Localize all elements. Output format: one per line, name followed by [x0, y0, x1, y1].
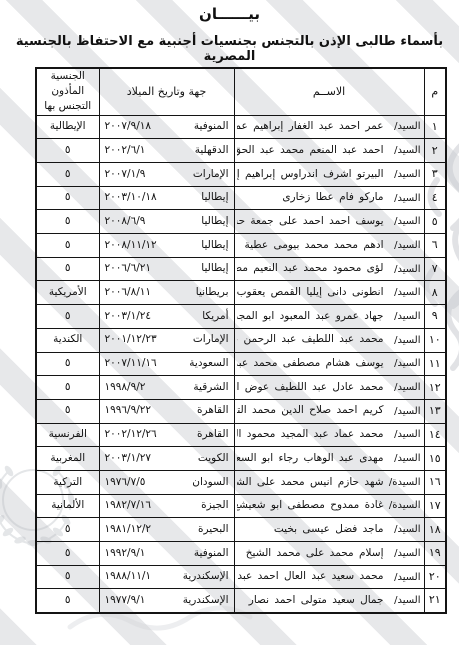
birth-place: الإسكندرية [183, 595, 229, 607]
row-serial: ٢ [424, 139, 446, 163]
row-name-cell: السيد/ محمد عادل عبد اللطيف عوض الله [234, 376, 424, 400]
person-name: أحمد عبد المنعم محمد عبد الحق محمد عنتر [237, 145, 384, 157]
row-birth-cell: إيطاليا ٢٠٠٣/١٠/١٨ [99, 186, 234, 210]
row-birth-cell: الكويت ٢٠٠٣/١/٢٧ [99, 447, 234, 471]
authorized-nationality: ٥ [36, 518, 99, 542]
authorized-nationality: الألمانية [36, 494, 99, 518]
birth-date: ٢٠٠٣/١/٢٧ [105, 453, 152, 465]
honorific-prefix: السيدة/ [388, 477, 421, 488]
birth-place: الكويت [198, 453, 229, 465]
table-row: ٧ السيد/ لؤى محمود محمد عبد النعيم مطلوب… [36, 257, 446, 281]
birth-date: ٢٠٠١/١٢/٢٣ [105, 334, 157, 346]
row-serial: ٢٠ [424, 565, 446, 589]
authorized-nationality: ٥ [36, 305, 99, 329]
table-row: ٥ السيد/ يوسف أحمد أحمد على جمعة حسين إي… [36, 210, 446, 234]
header-serial: م [424, 68, 446, 115]
table-row: ٤ السيد/ ماركو فام عطا زخارى إيطاليا ٢٠٠… [36, 186, 446, 210]
birth-place: بريطانيا [196, 287, 229, 299]
person-name: البيرتو أشرف أندراوس إبراهيم إبراهيم [237, 169, 384, 181]
birth-date: ١٩٧٦/٧/٥ [105, 477, 146, 489]
birth-place: إيطاليا [201, 263, 228, 275]
honorific-prefix: السيد/ [388, 453, 421, 464]
row-name-cell: السيد/ أحمد عبد المنعم محمد عبد الحق محم… [234, 139, 424, 163]
birth-place: المنوفية [194, 121, 229, 133]
authorized-nationality: ٥ [36, 376, 99, 400]
row-birth-cell: الجيزة ١٩٨٢/٧/١٦ [99, 494, 234, 518]
birth-place: البحيرة [198, 524, 229, 536]
table-row: ١١ السيد/ يوسف هشام مصطفى محمد عبد المجي… [36, 352, 446, 376]
authorized-nationality: الكندية [36, 328, 99, 352]
row-name-cell: السيد/ ماركو فام عطا زخارى [234, 186, 424, 210]
header-nationality: الجنسية المأذون التجنس بها [36, 68, 99, 115]
row-name-cell: السيد/ إسلام محمد على محمد الشيخ [234, 542, 424, 566]
row-serial: ١٧ [424, 494, 446, 518]
row-serial: ١ [424, 115, 446, 139]
authorized-nationality: الفرنسية [36, 423, 99, 447]
person-name: شهد حازم أنيس محمد على الشامى [237, 477, 384, 489]
authorized-nationality: ٥ [36, 210, 99, 234]
birth-date: ٢٠٠٣/١/٢٤ [105, 311, 152, 323]
row-birth-cell: الدقهلية ٢٠٠٢/٦/١ [99, 139, 234, 163]
document-subtitle: بأسماء طالبى الإذن بالتجنس بجنسيات أجنبي… [0, 34, 459, 64]
row-serial: ١٥ [424, 447, 446, 471]
row-birth-cell: أمريكا ٢٠٠٣/١/٢٤ [99, 305, 234, 329]
person-name: ماركو فام عطا زخارى [237, 192, 384, 204]
authorized-nationality: ٥ [36, 257, 99, 281]
row-serial: ١٦ [424, 470, 446, 494]
header-birth: جهة وتاريخ الميلاد [99, 68, 234, 115]
person-name: مهدى عبد الوهاب رجاء أبو السعود [237, 453, 384, 465]
person-name: أنطونى دانى إيليا القمص يعقوب [237, 287, 384, 299]
person-name: محمد سعيد عبد العال أحمد عبد ربه [237, 571, 384, 583]
person-name: يوسف أحمد أحمد على جمعة حسين [237, 216, 384, 228]
table-header-row: م الاســم جهة وتاريخ الميلاد الجنسية الم… [36, 68, 446, 115]
row-name-cell: السيد/ يوسف هشام مصطفى محمد عبد المجيد [234, 352, 424, 376]
table-row: ١٩ السيد/ إسلام محمد على محمد الشيخ المن… [36, 542, 446, 566]
birth-place: الشرقية [193, 382, 228, 394]
honorific-prefix: السيد/ [388, 429, 421, 440]
table-row: ١٠ السيد/ محمد عبد اللطيف عبد الرحمن عبد… [36, 328, 446, 352]
table-row: ٨ السيد/ أنطونى دانى إيليا القمص يعقوب ب… [36, 281, 446, 305]
birth-date: ١٩٨٨/١١/١ [105, 571, 152, 583]
row-serial: ٤ [424, 186, 446, 210]
birth-date: ٢٠٠٧/١/٩ [105, 169, 146, 181]
row-name-cell: السيد/ أنطونى دانى إيليا القمص يعقوب [234, 281, 424, 305]
birth-place: إيطاليا [201, 240, 228, 252]
row-name-cell: السيدة/ غادة ممدوح مصطفى أبو شعيشع [234, 494, 424, 518]
row-birth-cell: بريطانيا ٢٠٠٦/٨/١١ [99, 281, 234, 305]
birth-date: ٢٠٠٣/١٠/١٨ [105, 192, 157, 204]
person-name: محمد عادل عبد اللطيف عوض الله [237, 382, 384, 394]
row-serial: ٩ [424, 305, 446, 329]
birth-place: إيطاليا [201, 216, 228, 228]
table-row: ١٥ السيد/ مهدى عبد الوهاب رجاء أبو السعو… [36, 447, 446, 471]
row-serial: ٦ [424, 234, 446, 258]
row-serial: ٥ [424, 210, 446, 234]
authorized-nationality: ٥ [36, 352, 99, 376]
birth-place: إيطاليا [201, 192, 228, 204]
authorized-nationality: ٥ [36, 542, 99, 566]
authorized-nationality: ٥ [36, 163, 99, 187]
table-row: ٢ السيد/ أحمد عبد المنعم محمد عبد الحق م… [36, 139, 446, 163]
row-name-cell: السيد/ محمد سعيد عبد العال أحمد عبد ربه [234, 565, 424, 589]
birth-place: السعودية [189, 358, 228, 370]
row-birth-cell: إيطاليا ٢٠٠٨/٦/٩ [99, 210, 234, 234]
row-birth-cell: إيطاليا ٢٠٠٨/١١/١٢ [99, 234, 234, 258]
authorized-nationality: الإيطالية [36, 115, 99, 139]
authorized-nationality: الأمريكية [36, 281, 99, 305]
person-name: إسلام محمد على محمد الشيخ [237, 548, 384, 560]
authorized-nationality: ٥ [36, 399, 99, 423]
birth-date: ٢٠٠٨/١١/١٢ [105, 240, 157, 252]
row-birth-cell: الإسكندرية ١٩٨٨/١١/١ [99, 565, 234, 589]
person-name: لؤى محمود محمد عبد النعيم مطلوب [237, 263, 384, 275]
birth-date: ٢٠٠٧/٩/١٨ [105, 121, 152, 133]
birth-date: ٢٠٠٢/١٢/٢٦ [105, 429, 157, 441]
row-birth-cell: الشرقية ١٩٩٨/٩/٢ [99, 376, 234, 400]
row-birth-cell: السودان ١٩٧٦/٧/٥ [99, 470, 234, 494]
header-nationality-line1: الجنسية المأذون [37, 69, 99, 99]
honorific-prefix: السيد/ [388, 595, 421, 606]
honorific-prefix: السيد/ [388, 548, 421, 559]
birth-place: أمريكا [202, 311, 228, 323]
table-row: ١٢ السيد/ محمد عادل عبد اللطيف عوض الله … [36, 376, 446, 400]
row-name-cell: السيد/ لؤى محمود محمد عبد النعيم مطلوب [234, 257, 424, 281]
birth-place: الإمارات [193, 169, 229, 181]
birth-place: الجيزة [201, 500, 228, 512]
honorific-prefix: السيد/ [388, 264, 421, 275]
row-serial: ٣ [424, 163, 446, 187]
person-name: أدهم محمد محمد بيومى عطية [237, 240, 384, 252]
person-name: جهاد عمرو عبد المعبود أبو المجد [237, 311, 384, 323]
honorific-prefix: السيد/ [388, 216, 421, 227]
authorized-nationality: ٥ [36, 186, 99, 210]
table-row: ٢٠ السيد/ محمد سعيد عبد العال أحمد عبد ر… [36, 565, 446, 589]
row-name-cell: السيد/ البيرتو أشرف أندراوس إبراهيم إبرا… [234, 163, 424, 187]
row-birth-cell: القاهرة ٢٠٠٢/١٢/٢٦ [99, 423, 234, 447]
birth-date: ٢٠٠٦/٨/١١ [105, 287, 152, 299]
birth-date: ١٩٨٢/٧/١٦ [105, 500, 152, 512]
birth-date: ٢٠٠٦/٦/٢١ [105, 263, 152, 275]
honorific-prefix: السيد/ [388, 121, 421, 132]
table-row: ٩ السيد/ جهاد عمرو عبد المعبود أبو المجد… [36, 305, 446, 329]
row-name-cell: السيد/ ماجد فضل عيسى بخيت [234, 518, 424, 542]
honorific-prefix: السيد/ [388, 240, 421, 251]
row-birth-cell: المنوفية ٢٠٠٧/٩/١٨ [99, 115, 234, 139]
person-name: محمد عبد اللطيف عبد الرحمن عبد الغنى سال… [237, 334, 384, 346]
row-serial: ٨ [424, 281, 446, 305]
honorific-prefix: السيد/ [388, 358, 421, 369]
row-serial: ١٣ [424, 399, 446, 423]
row-birth-cell: البحيرة ١٩٨١/١٢/٢ [99, 518, 234, 542]
person-name: يوسف هشام مصطفى محمد عبد المجيد [237, 358, 384, 370]
row-serial: ١٢ [424, 376, 446, 400]
authorized-nationality: التركية [36, 470, 99, 494]
birth-place: المنوفية [194, 548, 229, 560]
birth-place: الدقهلية [195, 145, 229, 157]
header-nationality-line2: التجنس بها [37, 99, 99, 114]
authorized-nationality: ٥ [36, 589, 99, 613]
birth-place: السودان [192, 477, 228, 489]
honorific-prefix: السيد/ [388, 382, 421, 393]
birth-place: القاهرة [197, 429, 228, 441]
honorific-prefix: السيد/ [388, 335, 421, 346]
honorific-prefix: السيد/ [388, 311, 421, 322]
table-row: ١٤ السيد/ محمد عماد عبد المجيد محمود الس… [36, 423, 446, 447]
honorific-prefix: السيدة/ [388, 500, 421, 511]
row-birth-cell: إيطاليا ٢٠٠٦/٦/٢١ [99, 257, 234, 281]
birth-date: ١٩٩٨/٩/٢ [105, 382, 146, 394]
row-name-cell: السيد/ مهدى عبد الوهاب رجاء أبو السعود [234, 447, 424, 471]
row-name-cell: السيد/ جمال سعيد متولى أحمد نصار [234, 589, 424, 613]
birth-date: ١٩٩٢/٩/١ [105, 548, 146, 560]
row-serial: ١١ [424, 352, 446, 376]
row-serial: ١٠ [424, 328, 446, 352]
row-name-cell: السيد/ أدهم محمد محمد بيومى عطية [234, 234, 424, 258]
row-name-cell: السيد/ كريم أحمد صلاح الدين محمد الترجما… [234, 399, 424, 423]
honorific-prefix: السيد/ [388, 145, 421, 156]
row-name-cell: السيد/ محمد عبد اللطيف عبد الرحمن عبد ال… [234, 328, 424, 352]
naturalization-table: م الاســم جهة وتاريخ الميلاد الجنسية الم… [35, 67, 447, 614]
table-row: ٦ السيد/ أدهم محمد محمد بيومى عطية إيطال… [36, 234, 446, 258]
authorized-nationality: ٥ [36, 565, 99, 589]
person-name: غادة ممدوح مصطفى أبو شعيشع [237, 500, 384, 512]
person-name: عمر أحمد عبد الغفار إبراهيم عمر [237, 121, 384, 133]
honorific-prefix: السيد/ [388, 406, 421, 417]
row-serial: ١٤ [424, 423, 446, 447]
birth-date: ١٩٨١/١٢/٢ [105, 524, 152, 536]
honorific-prefix: السيد/ [388, 524, 421, 535]
birth-date: ٢٠٠٧/١١/١٦ [105, 358, 157, 370]
table-row: ٢١ السيد/ جمال سعيد متولى أحمد نصار الإس… [36, 589, 446, 613]
row-name-cell: السيد/ محمد عماد عبد المجيد محمود السنبا… [234, 423, 424, 447]
row-name-cell: السيد/ يوسف أحمد أحمد على جمعة حسين [234, 210, 424, 234]
birth-date: ٢٠٠٨/٦/٩ [105, 216, 146, 228]
table-row: ١٦ السيدة/ شهد حازم أنيس محمد على الشامى… [36, 470, 446, 494]
birth-place: القاهرة [197, 405, 228, 417]
person-name: جمال سعيد متولى أحمد نصار [237, 595, 384, 607]
document-title: بيــــــان [0, 5, 459, 23]
person-name: كريم أحمد صلاح الدين محمد الترجمان [237, 405, 384, 417]
table-row: ١٨ السيد/ ماجد فضل عيسى بخيت البحيرة ١٩٨… [36, 518, 446, 542]
honorific-prefix: السيد/ [388, 193, 421, 204]
row-birth-cell: القاهرة ١٩٩٦/٩/٢٢ [99, 399, 234, 423]
row-serial: ١٩ [424, 542, 446, 566]
row-serial: ٧ [424, 257, 446, 281]
table-row: ١٣ السيد/ كريم أحمد صلاح الدين محمد التر… [36, 399, 446, 423]
row-serial: ١٨ [424, 518, 446, 542]
birth-date: ٢٠٠٢/٦/١ [105, 145, 146, 157]
honorific-prefix: السيد/ [388, 287, 421, 298]
honorific-prefix: السيد/ [388, 572, 421, 583]
birth-date: ١٩٧٧/٩/١ [105, 595, 146, 607]
authorized-nationality: ٥ [36, 234, 99, 258]
authorized-nationality: ٥ [36, 139, 99, 163]
birth-place: الإمارات [193, 334, 229, 346]
row-name-cell: السيد/ عمر أحمد عبد الغفار إبراهيم عمر [234, 115, 424, 139]
person-name: محمد عماد عبد المجيد محمود السنباطى [237, 429, 384, 441]
row-serial: ٢١ [424, 589, 446, 613]
row-name-cell: السيد/ جهاد عمرو عبد المعبود أبو المجد [234, 305, 424, 329]
birth-place: الإسكندرية [183, 571, 229, 583]
row-birth-cell: السعودية ٢٠٠٧/١١/١٦ [99, 352, 234, 376]
row-birth-cell: الإسكندرية ١٩٧٧/٩/١ [99, 589, 234, 613]
authorized-nationality: المغربية [36, 447, 99, 471]
row-birth-cell: الإمارات ٢٠٠٧/١/٩ [99, 163, 234, 187]
person-name: ماجد فضل عيسى بخيت [237, 524, 384, 536]
table-row: ٣ السيد/ البيرتو أشرف أندراوس إبراهيم إب… [36, 163, 446, 187]
honorific-prefix: السيد/ [388, 169, 421, 180]
header-name: الاســم [234, 68, 424, 115]
birth-date: ١٩٩٦/٩/٢٢ [105, 405, 152, 417]
table-row: ١ السيد/ عمر أحمد عبد الغفار إبراهيم عمر… [36, 115, 446, 139]
row-name-cell: السيدة/ شهد حازم أنيس محمد على الشامى [234, 470, 424, 494]
row-birth-cell: الإمارات ٢٠٠١/١٢/٢٣ [99, 328, 234, 352]
row-birth-cell: المنوفية ١٩٩٢/٩/١ [99, 542, 234, 566]
table-row: ١٧ السيدة/ غادة ممدوح مصطفى أبو شعيشع ال… [36, 494, 446, 518]
